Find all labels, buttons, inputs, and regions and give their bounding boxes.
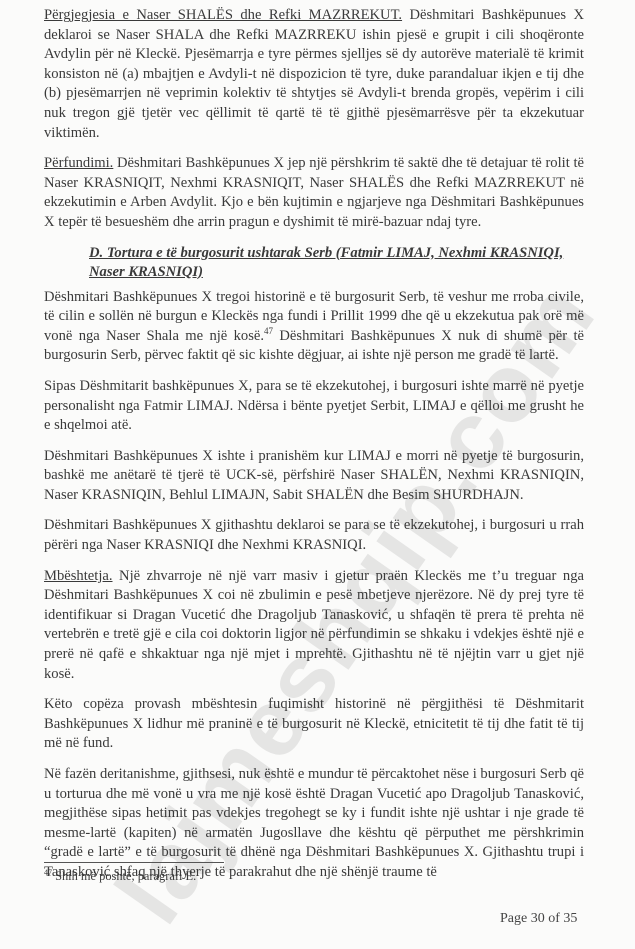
paragraph-responsibility: Përgjegjesia e Naser SHALËS dhe Refki MA…: [44, 6, 584, 143]
paragraph-text: Sipas Dëshmitarit bashkëpunues X, para s…: [44, 378, 584, 433]
paragraph-conclusion: Përfundimi. Dëshmitari Bashkëpunues X je…: [44, 154, 584, 232]
paragraph-lead-conclusion: Përfundimi.: [44, 155, 113, 171]
paragraph-text: Një zhvarroje në një varr masiv i gjetur…: [44, 568, 584, 682]
footnote-47: 47 Shih më poshtë, paragrafi E.: [44, 868, 196, 884]
section-heading-d: D. Tortura e të burgosurit ushtarak Serb…: [89, 244, 584, 282]
footnote-number: 47: [44, 868, 52, 877]
paragraph-text: Këto copëza provash mbështesin fuqimisht…: [44, 696, 584, 751]
paragraph-witness-present: Dëshmitari Bashkëpunues X ishte i pranis…: [44, 447, 584, 506]
paragraph-evidence: Këto copëza provash mbështesin fuqimisht…: [44, 695, 584, 754]
paragraph-text: Dëshmitari Bashkëpunues X deklaroi se Na…: [44, 7, 584, 141]
footnote-reference[interactable]: 47: [264, 326, 273, 336]
footnote-text: Shih më poshtë, paragrafi E.: [52, 869, 196, 883]
paragraph-lead-responsibility: Përgjegjesia e Naser SHALËS dhe Refki MA…: [44, 7, 402, 23]
page-number: Page 30 of 35: [500, 911, 577, 927]
document-page: lajmeshqip.com Përgjegjesia e Naser SHAL…: [0, 0, 635, 949]
body-text-column: Përgjegjesia e Naser SHALËS dhe Refki MA…: [44, 6, 584, 894]
paragraph-prisoner-story: Dëshmitari Bashkëpunues X tregoi histori…: [44, 288, 584, 366]
paragraph-beating: Dëshmitari Bashkëpunues X gjithashtu dek…: [44, 516, 584, 555]
paragraph-identification: Në fazën deritanishme, gjithsesi, nuk ës…: [44, 765, 584, 883]
footnote-separator: [44, 862, 224, 863]
paragraph-support: Mbështetja. Një zhvarroje në një varr ma…: [44, 567, 584, 685]
paragraph-interrogation: Sipas Dëshmitarit bashkëpunues X, para s…: [44, 377, 584, 436]
paragraph-text: Dëshmitari Bashkëpunues X ishte i pranis…: [44, 448, 584, 503]
paragraph-lead-support: Mbështetja.: [44, 568, 113, 584]
paragraph-text: Dëshmitari Bashkëpunues X jep një përshk…: [44, 155, 584, 230]
paragraph-text: Dëshmitari Bashkëpunues X gjithashtu dek…: [44, 517, 584, 553]
